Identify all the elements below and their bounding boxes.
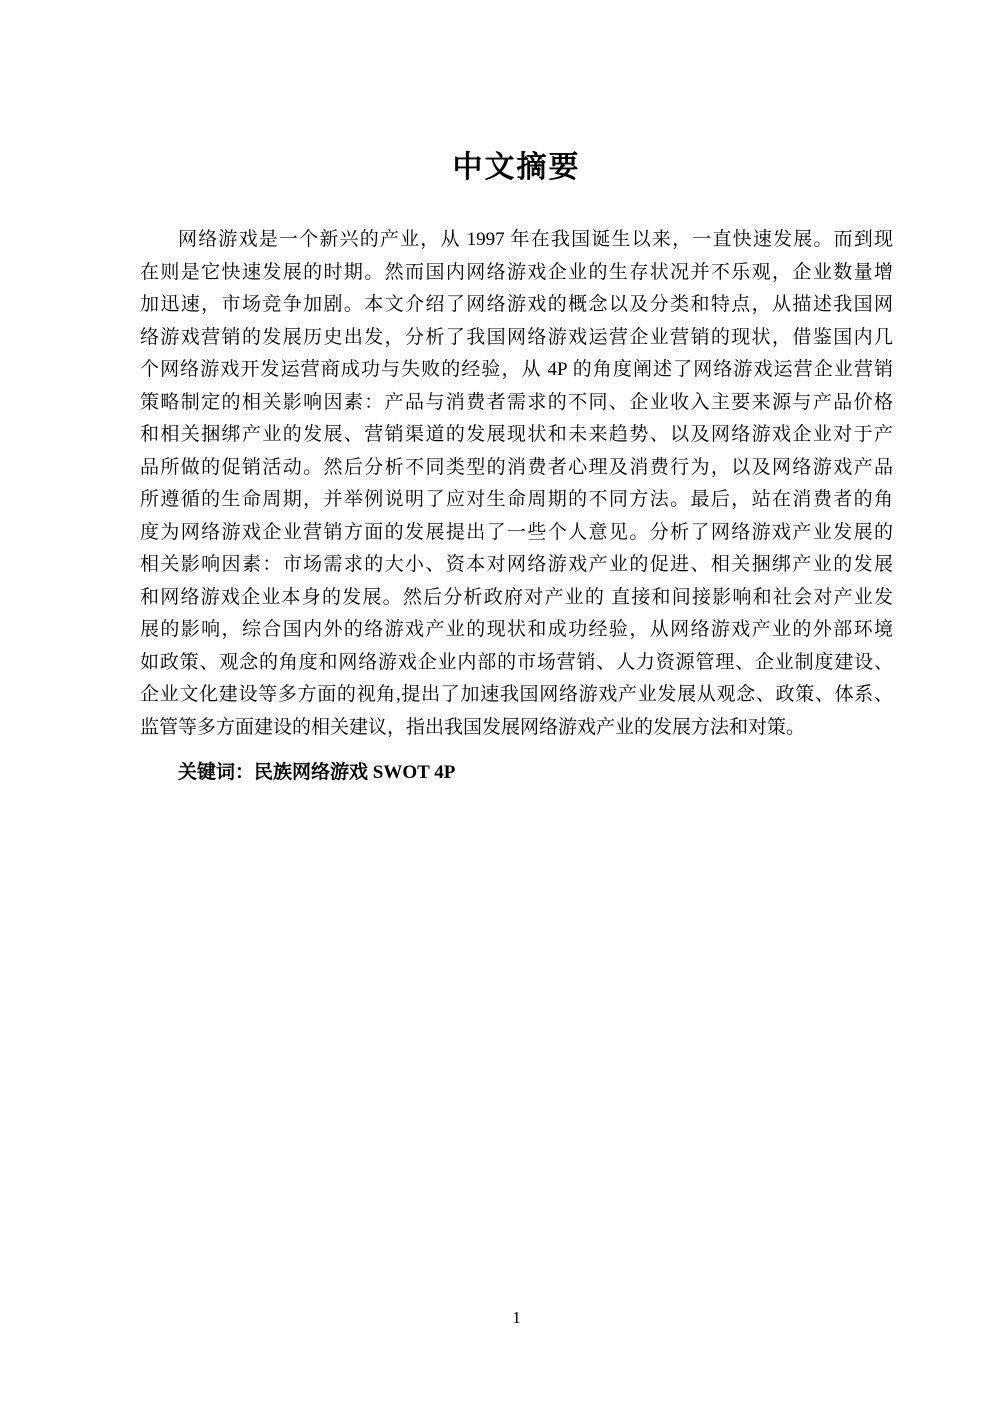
keywords-value: 民族网络游戏 SWOT 4P (254, 762, 455, 783)
abstract-line: 相关影响因素：市场需求的大小、资本对网络游戏产业的促进、相关捆绑产业的发展 (140, 549, 893, 582)
abstract-line: 度为网络游戏企业营销方面的发展提出了一些个人意见。分析了网络游戏产业发展的 (140, 517, 893, 550)
abstract-line: 展的影响，综合国内外的络游戏产业的现状和成功经验，从网络游戏产业的外部环境 (140, 614, 893, 647)
text-block: 中文摘要 网络游戏是一个新兴的产业，从 1997 年在我国诞生以来，一直快速发展… (140, 0, 893, 787)
keywords-line: 关键词：民族网络游戏 SWOT 4P (140, 759, 893, 787)
abstract-line: 所遵循的生命周期，并举例说明了应对生命周期的不同方法。最后，站在消费者的角 (140, 484, 893, 517)
abstract-line: 品所做的促销活动。然后分析不同类型的消费者心理及消费行为，以及网络游戏产品 (140, 452, 893, 485)
abstract-line: 加迅速，市场竞争加剧。本文介绍了网络游戏的概念以及分类和特点，从描述我国网 (140, 289, 893, 322)
page-title: 中文摘要 (140, 0, 893, 188)
abstract-line: 如政策、观念的角度和网络游戏企业内部的市场营销、人力资源管理、企业制度建设、 (140, 647, 893, 680)
abstract-line: 在则是它快速发展的时期。然而国内网络游戏企业的生存状况并不乐观，企业数量增 (140, 257, 893, 290)
document-page: 中文摘要 网络游戏是一个新兴的产业，从 1997 年在我国诞生以来，一直快速发展… (0, 0, 993, 1404)
abstract-line: 络游戏营销的发展历史出发，分析了我国网络游戏运营企业营销的现状，借鉴国内几 (140, 322, 893, 355)
page-number: 1 (140, 1308, 893, 1328)
abstract-line: 监管等多方面建设的相关建议，指出我国发展网络游戏产业的发展方法和对策。 (140, 712, 893, 745)
abstract-paragraph: 网络游戏是一个新兴的产业，从 1997 年在我国诞生以来，一直快速发展。而到现 … (140, 224, 893, 744)
abstract-line: 网络游戏是一个新兴的产业，从 1997 年在我国诞生以来，一直快速发展。而到现 (140, 224, 893, 257)
keywords-label: 关键词： (178, 762, 254, 783)
abstract-line: 和相关捆绑产业的发展、营销渠道的发展现状和未来趋势、以及网络游戏企业对于产 (140, 419, 893, 452)
abstract-line: 和网络游戏企业本身的发展。然后分析政府对产业的 直接和间接影响和社会对产业发 (140, 582, 893, 615)
abstract-line: 企业文化建设等多方面的视角,提出了加速我国网络游戏产业发展从观念、政策、体系、 (140, 679, 893, 712)
abstract-line: 个网络游戏开发运营商成功与失败的经验，从 4P 的角度阐述了网络游戏运营企业营销 (140, 354, 893, 387)
abstract-line: 策略制定的相关影响因素：产品与消费者需求的不同、企业收入主要来源与产品价格 (140, 387, 893, 420)
